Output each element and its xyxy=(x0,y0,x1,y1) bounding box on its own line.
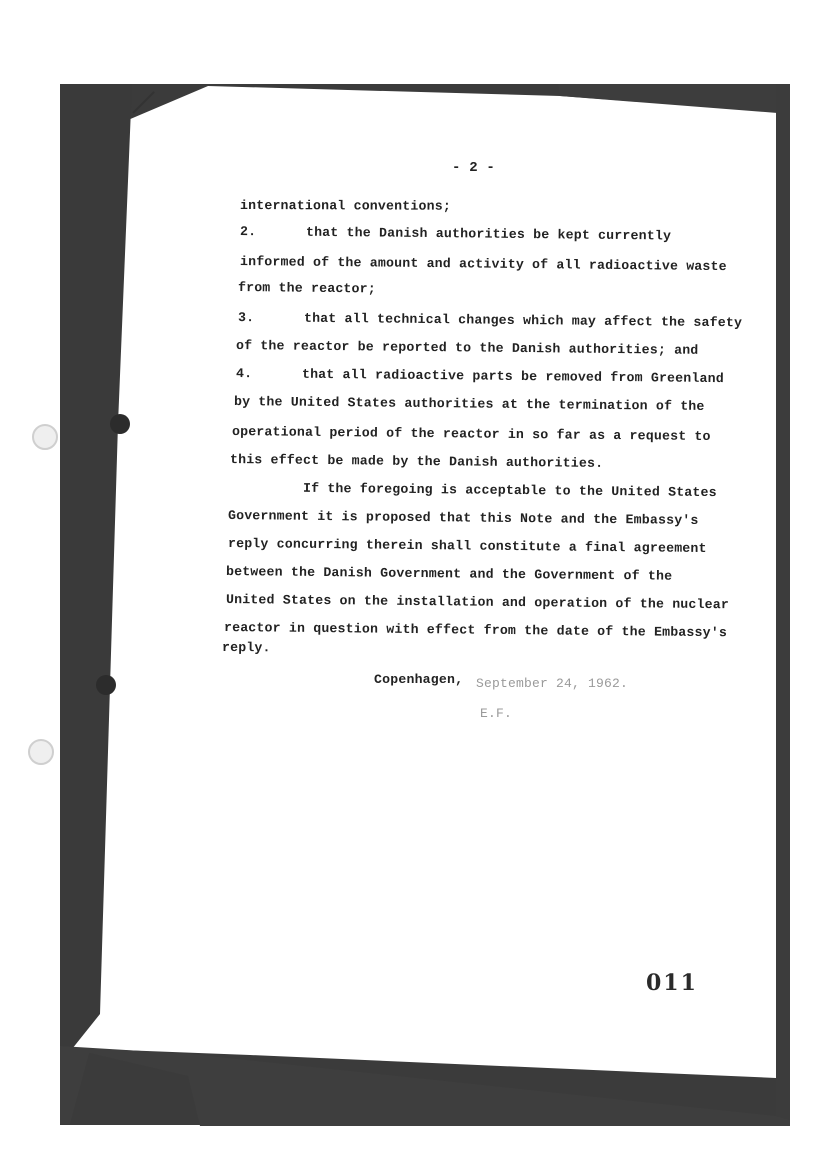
line-text: that all radioactive parts be removed fr… xyxy=(302,367,724,386)
line-text: this effect be made by the Danish author… xyxy=(230,452,603,471)
closing-date: September 24, 1962. xyxy=(476,676,628,691)
line-text: If the foregoing is acceptable to the Un… xyxy=(230,480,717,500)
text-line: this effect be made by the Danish author… xyxy=(230,452,603,471)
line-text: reply concurring therein shall constitut… xyxy=(228,536,707,556)
text-line: of the reactor be reported to the Danish… xyxy=(236,338,699,358)
text-line: by the United States authorities at the … xyxy=(234,394,705,414)
document-body: - 2 - international conventions;2.that t… xyxy=(0,0,828,1169)
text-line: between the Danish Government and the Go… xyxy=(226,564,672,584)
line-text: reactor in question with effect from the… xyxy=(224,620,727,640)
text-line: reactor in question with effect from the… xyxy=(224,620,727,640)
text-line: If the foregoing is acceptable to the Un… xyxy=(230,480,717,500)
text-line: United States on the installation and op… xyxy=(226,592,729,612)
line-text: that all technical changes which may aff… xyxy=(304,311,742,331)
line-text: operational period of the reactor in so … xyxy=(232,424,711,444)
line-text: from the reactor; xyxy=(238,280,376,296)
scanned-page: - 2 - international conventions;2.that t… xyxy=(0,0,828,1169)
line-text: of the reactor be reported to the Danish… xyxy=(236,338,699,358)
text-line: Government it is proposed that this Note… xyxy=(228,508,699,528)
text-line: 3.that all technical changes which may a… xyxy=(238,310,742,330)
line-text: informed of the amount and activity of a… xyxy=(240,254,727,274)
text-line: 2.that the Danish authorities be kept cu… xyxy=(240,224,671,244)
text-line: operational period of the reactor in so … xyxy=(232,424,711,444)
text-line: from the reactor; xyxy=(238,280,376,296)
text-line: 4.that all radioactive parts be removed … xyxy=(236,366,724,386)
list-item-number: 4. xyxy=(236,366,302,382)
line-text: that the Danish authorities be kept curr… xyxy=(306,225,671,244)
line-text: reply. xyxy=(222,640,271,655)
line-text: international conventions; xyxy=(240,198,451,214)
text-line: international conventions; xyxy=(240,198,451,214)
list-item-number: 2. xyxy=(240,224,306,240)
page-number: - 2 - xyxy=(452,160,495,176)
line-text: United States on the installation and op… xyxy=(226,592,729,612)
line-text: by the United States authorities at the … xyxy=(234,394,705,414)
closing-city: Copenhagen, xyxy=(374,672,463,687)
text-line: reply concurring therein shall constitut… xyxy=(228,536,707,556)
list-item-number: 3. xyxy=(238,310,304,326)
signature-initials: E.F. xyxy=(480,706,512,721)
text-line: reply. xyxy=(222,640,271,655)
line-text: between the Danish Government and the Go… xyxy=(226,564,672,584)
line-text: Government it is proposed that this Note… xyxy=(228,508,699,528)
text-line: informed of the amount and activity of a… xyxy=(240,254,727,274)
archive-number-stamp: 011 xyxy=(646,970,698,996)
